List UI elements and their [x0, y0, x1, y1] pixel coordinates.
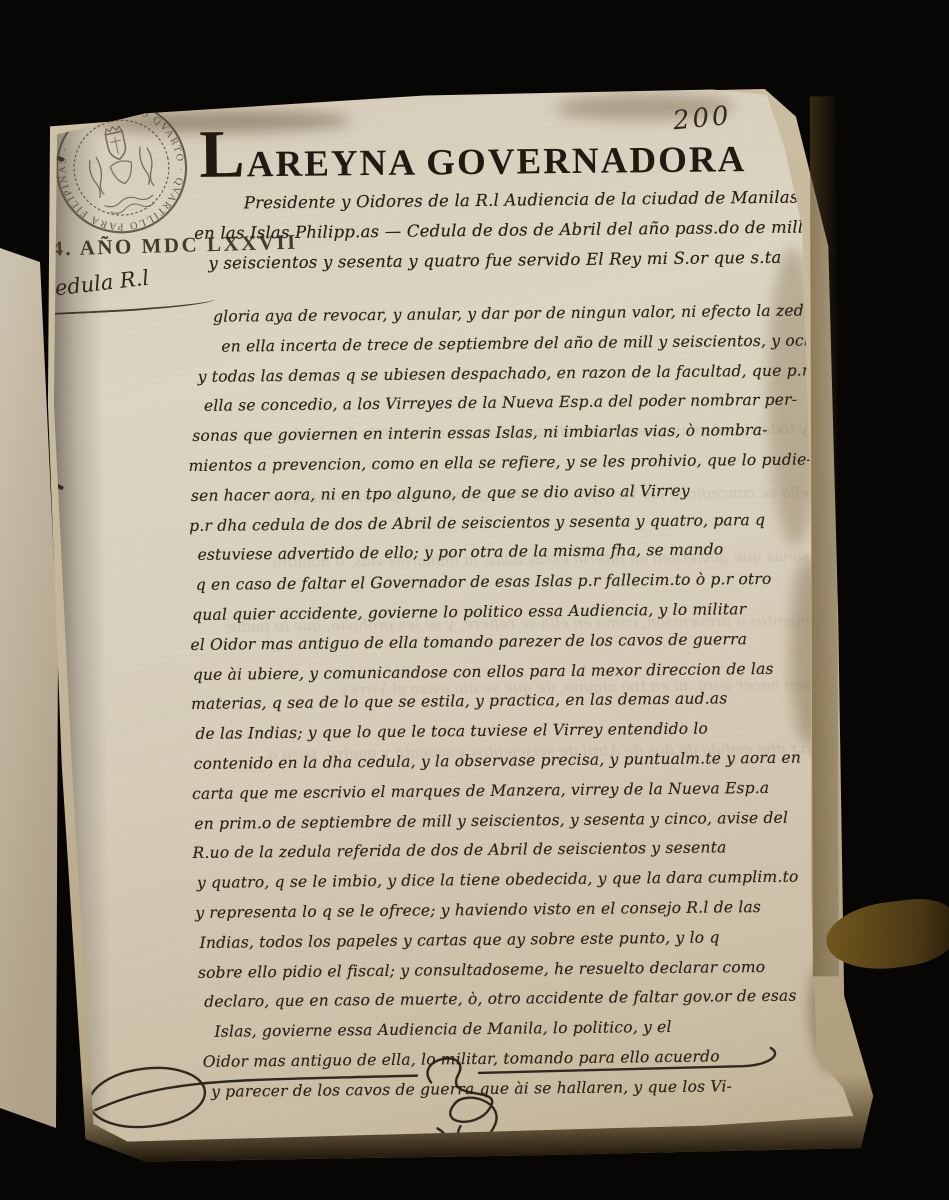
sello-quarto-seal-stamp: SELLO QVARTO · QVARTILLO PARA FILIPINAS …	[38, 84, 205, 251]
seal-ring-text: SELLO QVARTO · QVARTILLO PARA FILIPINAS …	[45, 91, 198, 244]
title-text: AREYNA GOVERNADORA	[247, 139, 747, 185]
closing-rubric-flourish	[75, 1044, 846, 1192]
seal-coat-of-arms	[82, 120, 162, 217]
photo-background: y todas las demas q se ubiesen despachad…	[0, 0, 949, 1200]
binding-stitch	[67, 1098, 79, 1106]
body-lines: gloria aya de revocar, y anular, y dar p…	[187, 296, 845, 1107]
title-initial: L	[199, 115, 247, 191]
page-title: LAREYNA GOVERNADORA	[199, 109, 747, 194]
heading-lines: Presidente y Oidores de la R.l Audiencia…	[192, 182, 839, 279]
svg-text:SELLO QVARTO · QVARTILLO PARA: SELLO QVARTO · QVARTILLO PARA FILIPINAS …	[45, 91, 198, 244]
invocation-cross-icon	[532, 45, 566, 89]
book-page-group: y todas las demas q se ubiesen despachad…	[0, 0, 949, 1200]
book-cover-edge	[810, 96, 839, 976]
